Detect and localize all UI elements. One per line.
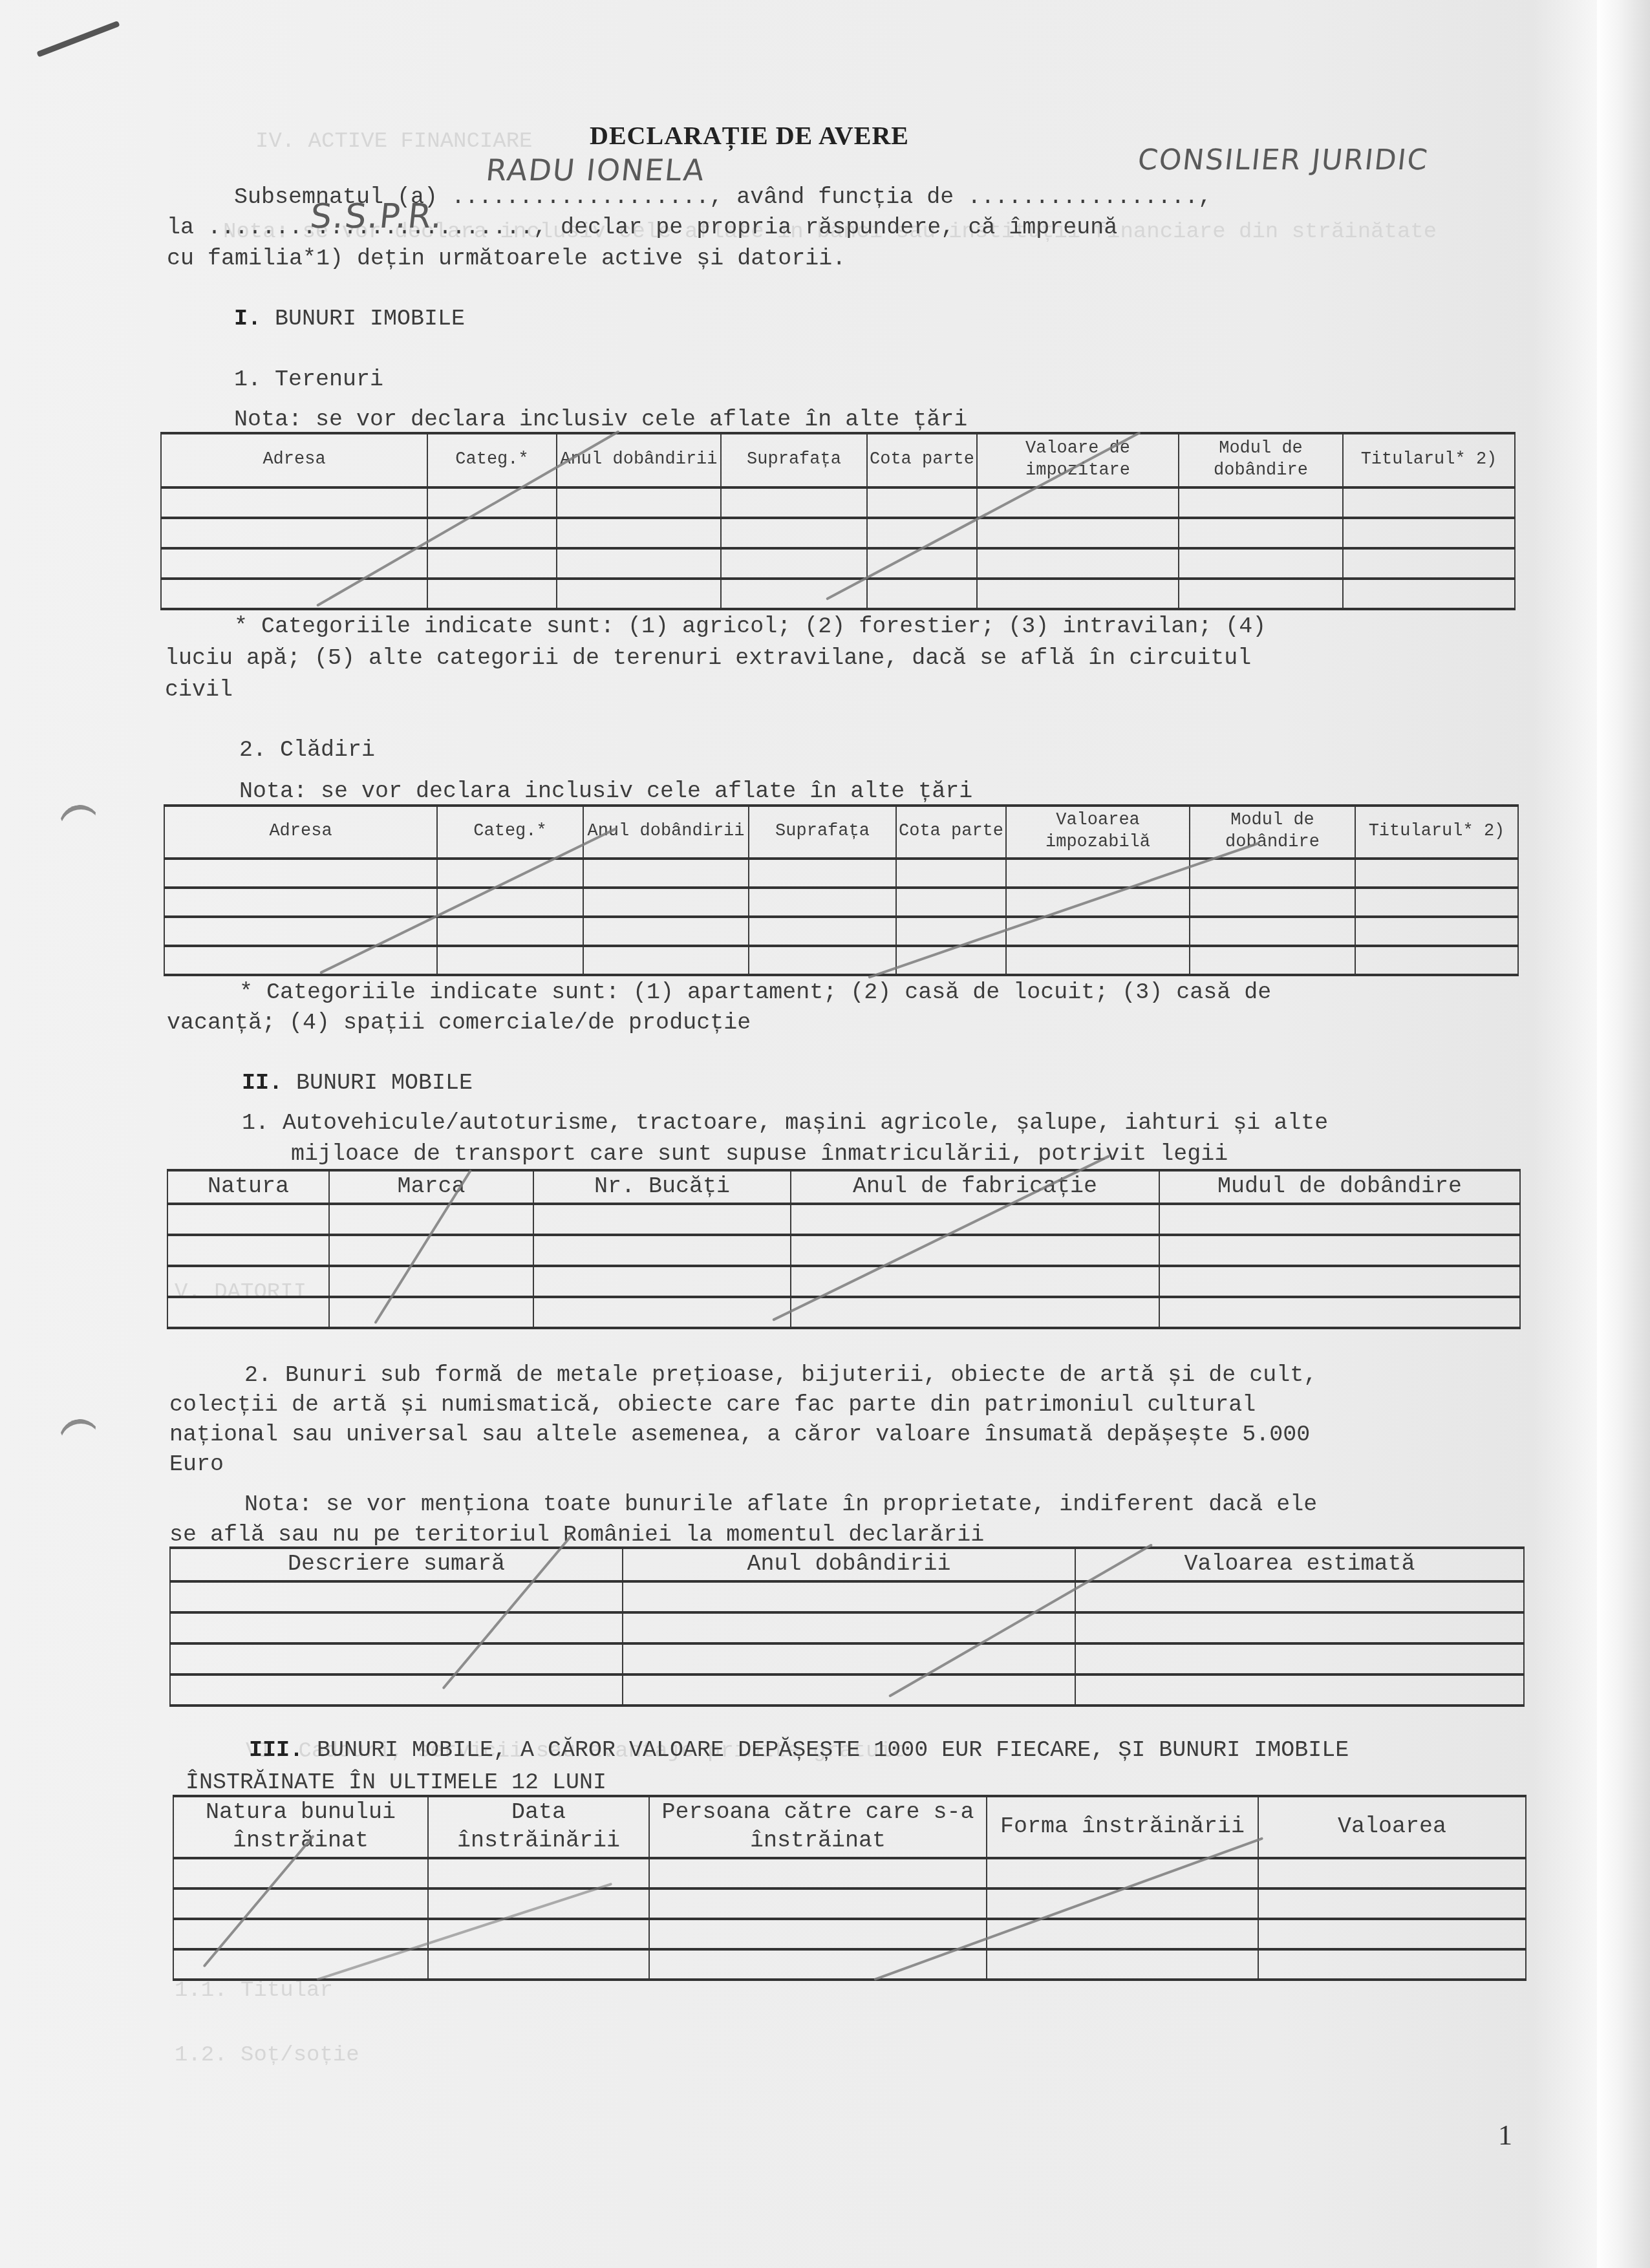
table-cell[interactable] bbox=[437, 917, 583, 946]
table-cell[interactable] bbox=[557, 487, 721, 518]
table-cell[interactable] bbox=[533, 1235, 791, 1266]
column-header: Marca bbox=[329, 1170, 533, 1204]
table-cell[interactable] bbox=[173, 1888, 428, 1919]
table-cell[interactable] bbox=[721, 579, 867, 609]
column-header: Suprafața bbox=[721, 433, 867, 487]
table-cell[interactable] bbox=[987, 1949, 1258, 1980]
precious-goods-table: Descriere sumară Anul dobândirii Valoare… bbox=[169, 1546, 1525, 1707]
table-cell[interactable] bbox=[167, 1235, 329, 1266]
table-row bbox=[164, 888, 1518, 917]
table-cell[interactable] bbox=[1258, 1888, 1526, 1919]
heading-text: BUNURI MOBILE, A CĂROR VALOARE DEPĂȘEȘTE… bbox=[303, 1737, 1349, 1763]
table-cell[interactable] bbox=[749, 859, 896, 888]
table-cell[interactable] bbox=[167, 1204, 329, 1235]
table-cell[interactable] bbox=[791, 1297, 1159, 1328]
table-row bbox=[170, 1581, 1524, 1612]
column-header: Modul de dobândire bbox=[1179, 433, 1343, 487]
note-terenuri: Nota: se vor declara inclusiv cele aflat… bbox=[234, 409, 967, 431]
table-cell[interactable] bbox=[173, 1919, 428, 1949]
table-row bbox=[173, 1858, 1526, 1888]
page-number: 1 bbox=[1498, 2119, 1512, 2152]
table-cell[interactable] bbox=[164, 859, 437, 888]
table-cell[interactable] bbox=[791, 1235, 1159, 1266]
table-cell[interactable] bbox=[623, 1643, 1075, 1674]
table-cell[interactable] bbox=[557, 579, 721, 609]
table-cell[interactable] bbox=[583, 917, 749, 946]
table-cell[interactable] bbox=[623, 1674, 1075, 1706]
table-cell[interactable] bbox=[170, 1643, 623, 1674]
intro-label: la bbox=[167, 215, 208, 241]
table-cell[interactable] bbox=[867, 579, 977, 609]
subsection-vehicles: 1. Autovehicule/autoturisme, tractoare, … bbox=[242, 1112, 1328, 1135]
handwritten-function: CONSILIER JURIDIC bbox=[1136, 144, 1430, 177]
table-cell[interactable] bbox=[1006, 946, 1190, 975]
section-3-heading-cont: ÎNSTRĂINATE ÎN ULTIMELE 12 LUNI bbox=[186, 1771, 606, 1794]
table-cell[interactable] bbox=[173, 1858, 428, 1888]
table-cell[interactable] bbox=[749, 888, 896, 917]
table-cell[interactable] bbox=[1179, 579, 1343, 609]
column-header: Titularul* 2) bbox=[1343, 433, 1515, 487]
scanner-edge bbox=[1597, 0, 1650, 2268]
table-cell[interactable] bbox=[749, 917, 896, 946]
column-header: Anul dobândirii bbox=[557, 433, 721, 487]
table-cell[interactable] bbox=[1258, 1919, 1526, 1949]
document-title: DECLARAȚIE DE AVERE bbox=[590, 123, 909, 149]
table-cell[interactable] bbox=[557, 548, 721, 579]
table-cell[interactable] bbox=[427, 548, 557, 579]
table-cell[interactable] bbox=[583, 888, 749, 917]
column-header: Natura bbox=[167, 1170, 329, 1204]
subsection-terenuri: 1. Terenuri bbox=[234, 369, 383, 391]
table-header-row: Descriere sumară Anul dobândirii Valoare… bbox=[170, 1548, 1524, 1581]
table-row bbox=[167, 1297, 1520, 1328]
table-cell[interactable] bbox=[170, 1581, 623, 1612]
table-cell[interactable] bbox=[1343, 518, 1515, 548]
column-header: Categ.* bbox=[437, 806, 583, 859]
note-precious-goods: se află sau nu pe teritoriul României la… bbox=[169, 1524, 984, 1546]
footnote-terenuri: luciu apă; (5) alte categorii de terenur… bbox=[165, 647, 1251, 670]
table-cell[interactable] bbox=[649, 1949, 987, 1980]
column-header: Persoana către care s-a înstrăinat bbox=[649, 1796, 987, 1858]
footnote-terenuri: * Categoriile indicate sunt: (1) agricol… bbox=[234, 615, 1266, 638]
roman-numeral: III. bbox=[249, 1737, 303, 1763]
heading-text: BUNURI IMOBILE bbox=[261, 306, 465, 332]
table-cell[interactable] bbox=[749, 946, 896, 975]
column-header: Valoarea impozabilă bbox=[1006, 806, 1190, 859]
table-cell[interactable] bbox=[649, 1919, 987, 1949]
table-cell[interactable] bbox=[1075, 1643, 1524, 1674]
table-cell[interactable] bbox=[1190, 946, 1355, 975]
table-row bbox=[161, 518, 1515, 548]
table-cell[interactable] bbox=[170, 1612, 623, 1643]
table-cell[interactable] bbox=[1179, 548, 1343, 579]
column-header: Anul dobândirii bbox=[623, 1548, 1075, 1581]
table-cell[interactable] bbox=[533, 1204, 791, 1235]
subsection-cladiri: 2. Clădiri bbox=[239, 739, 375, 762]
table-cell[interactable] bbox=[721, 487, 867, 518]
table-cell[interactable] bbox=[896, 859, 1006, 888]
table-header-row: Adresa Categ.* Anul dobândirii Suprafața… bbox=[161, 433, 1515, 487]
column-header: Adresa bbox=[161, 433, 427, 487]
table-row bbox=[164, 859, 1518, 888]
table-header-row: Natura Marca Nr. Bucăți Anul de fabricaț… bbox=[167, 1170, 1520, 1204]
table-cell[interactable] bbox=[428, 1949, 649, 1980]
footnote-cladiri: vacanță; (4) spații comerciale/de produc… bbox=[167, 1012, 751, 1034]
column-header: Modul de dobândire bbox=[1190, 806, 1355, 859]
table-cell[interactable] bbox=[1159, 1204, 1520, 1235]
table-cell[interactable] bbox=[164, 946, 437, 975]
table-cell[interactable] bbox=[428, 1858, 649, 1888]
table-cell[interactable] bbox=[791, 1266, 1159, 1297]
table-cell[interactable] bbox=[977, 548, 1179, 579]
column-header: Nr. Bucăți bbox=[533, 1170, 791, 1204]
table-cell[interactable] bbox=[1343, 579, 1515, 609]
column-header: Forma înstrăinării bbox=[987, 1796, 1258, 1858]
table-cell[interactable] bbox=[1006, 859, 1190, 888]
table-cell[interactable] bbox=[1343, 548, 1515, 579]
table-cell[interactable] bbox=[1075, 1674, 1524, 1706]
terenuri-table: Adresa Categ.* Anul dobândirii Suprafața… bbox=[160, 432, 1516, 610]
intro-label: , având funcția de bbox=[709, 184, 967, 210]
table-cell[interactable] bbox=[721, 518, 867, 548]
table-row bbox=[170, 1674, 1524, 1706]
table-cell[interactable] bbox=[329, 1297, 533, 1328]
subsection-precious-goods: Euro bbox=[169, 1453, 224, 1476]
subsection-precious-goods: național sau universal sau altele asemen… bbox=[169, 1424, 1310, 1446]
punctuation: , bbox=[1198, 184, 1212, 210]
vehicles-table: Natura Marca Nr. Bucăți Anul de fabricaț… bbox=[167, 1169, 1521, 1329]
handwritten-name: RADU IONELA bbox=[484, 153, 707, 187]
table-cell[interactable] bbox=[329, 1235, 533, 1266]
table-cell[interactable] bbox=[1258, 1949, 1526, 1980]
table-cell[interactable] bbox=[164, 888, 437, 917]
roman-numeral: I. bbox=[234, 306, 261, 332]
table-cell[interactable] bbox=[437, 888, 583, 917]
table-cell[interactable] bbox=[1006, 888, 1190, 917]
table-cell[interactable] bbox=[161, 487, 427, 518]
column-header: Mudul de dobândire bbox=[1159, 1170, 1520, 1204]
table-cell[interactable] bbox=[977, 518, 1179, 548]
table-cell[interactable] bbox=[1258, 1858, 1526, 1888]
subsection-vehicles: mijloace de transport care sunt supuse î… bbox=[291, 1143, 1228, 1166]
table-cell[interactable] bbox=[167, 1297, 329, 1328]
table-cell[interactable] bbox=[437, 946, 583, 975]
table-cell[interactable] bbox=[1075, 1612, 1524, 1643]
heading-text: BUNURI MOBILE bbox=[283, 1070, 473, 1096]
note-cladiri: Nota: se vor declara inclusiv cele aflat… bbox=[239, 780, 972, 803]
table-row bbox=[161, 487, 1515, 518]
handwritten-institution: S.S.P.R. bbox=[308, 197, 445, 236]
alienated-goods-table: Natura bunului înstrăinat Data înstrăină… bbox=[173, 1795, 1527, 1981]
subsection-precious-goods: 2. Bunuri sub formă de metale prețioase,… bbox=[244, 1364, 1317, 1387]
column-header: Adresa bbox=[164, 806, 437, 859]
table-row bbox=[170, 1643, 1524, 1674]
table-cell[interactable] bbox=[583, 859, 749, 888]
roman-numeral: II. bbox=[242, 1070, 283, 1096]
table-cell[interactable] bbox=[867, 548, 977, 579]
table-cell[interactable] bbox=[1355, 888, 1518, 917]
table-cell[interactable] bbox=[977, 579, 1179, 609]
subsection-precious-goods: colecții de artă și numismatică, obiecte… bbox=[169, 1394, 1256, 1417]
table-cell[interactable] bbox=[896, 888, 1006, 917]
table-cell[interactable] bbox=[1159, 1297, 1520, 1328]
column-header: Cota parte bbox=[896, 806, 1006, 859]
table-cell[interactable] bbox=[649, 1858, 987, 1888]
table-cell[interactable] bbox=[987, 1858, 1258, 1888]
note-precious-goods: Nota: se vor menționa toate bunurile afl… bbox=[244, 1493, 1317, 1516]
table-cell[interactable] bbox=[583, 946, 749, 975]
table-cell[interactable] bbox=[896, 917, 1006, 946]
table-row bbox=[167, 1235, 1520, 1266]
column-header: Anul de fabricație bbox=[791, 1170, 1159, 1204]
table-cell[interactable] bbox=[987, 1888, 1258, 1919]
table-cell[interactable] bbox=[1355, 946, 1518, 975]
table-cell[interactable] bbox=[1159, 1266, 1520, 1297]
table-row bbox=[164, 917, 1518, 946]
table-cell[interactable] bbox=[623, 1581, 1075, 1612]
table-cell[interactable] bbox=[1343, 487, 1515, 518]
function-field[interactable]: ................. bbox=[967, 184, 1198, 210]
table-cell[interactable] bbox=[1190, 888, 1355, 917]
column-header: Valoarea bbox=[1258, 1796, 1526, 1858]
table-cell[interactable] bbox=[167, 1266, 329, 1297]
table-cell[interactable] bbox=[1075, 1581, 1524, 1612]
table-row bbox=[161, 548, 1515, 579]
table-cell[interactable] bbox=[164, 917, 437, 946]
table-cell[interactable] bbox=[1179, 487, 1343, 518]
table-cell[interactable] bbox=[428, 1888, 649, 1919]
intro-line-3: cu familia*1) dețin următoarele active ș… bbox=[167, 248, 846, 270]
table-cell[interactable] bbox=[557, 518, 721, 548]
table-cell[interactable] bbox=[867, 518, 977, 548]
table-cell[interactable] bbox=[437, 859, 583, 888]
section-2-heading: II. BUNURI MOBILE bbox=[242, 1072, 473, 1095]
table-cell[interactable] bbox=[329, 1266, 533, 1297]
table-cell[interactable] bbox=[721, 548, 867, 579]
column-header: Titularul* 2) bbox=[1355, 806, 1518, 859]
table-header-row: Natura bunului înstrăinat Data înstrăină… bbox=[173, 1796, 1526, 1858]
footnote-cladiri: * Categoriile indicate sunt: (1) apartam… bbox=[239, 981, 1271, 1004]
table-cell[interactable] bbox=[533, 1266, 791, 1297]
table-cell[interactable] bbox=[170, 1674, 623, 1706]
table-cell[interactable] bbox=[1159, 1235, 1520, 1266]
table-cell[interactable] bbox=[161, 579, 427, 609]
table-cell[interactable] bbox=[1355, 859, 1518, 888]
table-row bbox=[173, 1888, 1526, 1919]
table-cell[interactable] bbox=[427, 518, 557, 548]
column-header: Valoarea estimată bbox=[1075, 1548, 1524, 1581]
table-row bbox=[173, 1949, 1526, 1980]
table-cell[interactable] bbox=[533, 1297, 791, 1328]
intro-label: , declar pe propria răspundere, că împre… bbox=[533, 215, 1117, 241]
table-cell[interactable] bbox=[1355, 917, 1518, 946]
column-header: Cota parte bbox=[867, 433, 977, 487]
table-row bbox=[167, 1204, 1520, 1235]
column-header: Valoare de impozitare bbox=[977, 433, 1179, 487]
table-header-row: Adresa Categ.* Anul dobândirii Suprafața… bbox=[164, 806, 1518, 859]
table-cell[interactable] bbox=[427, 579, 557, 609]
table-cell[interactable] bbox=[161, 518, 427, 548]
section-1-heading: I. BUNURI IMOBILE bbox=[234, 308, 465, 330]
footnote-terenuri: civil bbox=[165, 679, 233, 701]
table-row bbox=[170, 1612, 1524, 1643]
table-cell[interactable] bbox=[1190, 917, 1355, 946]
section-3-heading: III. BUNURI MOBILE, A CĂROR VALOARE DEPĂ… bbox=[249, 1739, 1349, 1762]
table-row bbox=[173, 1919, 1526, 1949]
column-header: Data înstrăinării bbox=[428, 1796, 649, 1858]
column-header: Suprafața bbox=[749, 806, 896, 859]
table-cell[interactable] bbox=[1179, 518, 1343, 548]
name-field[interactable]: ................... bbox=[451, 184, 709, 210]
table-cell[interactable] bbox=[649, 1888, 987, 1919]
table-cell[interactable] bbox=[867, 487, 977, 518]
table-cell[interactable] bbox=[1190, 859, 1355, 888]
table-row bbox=[167, 1266, 1520, 1297]
